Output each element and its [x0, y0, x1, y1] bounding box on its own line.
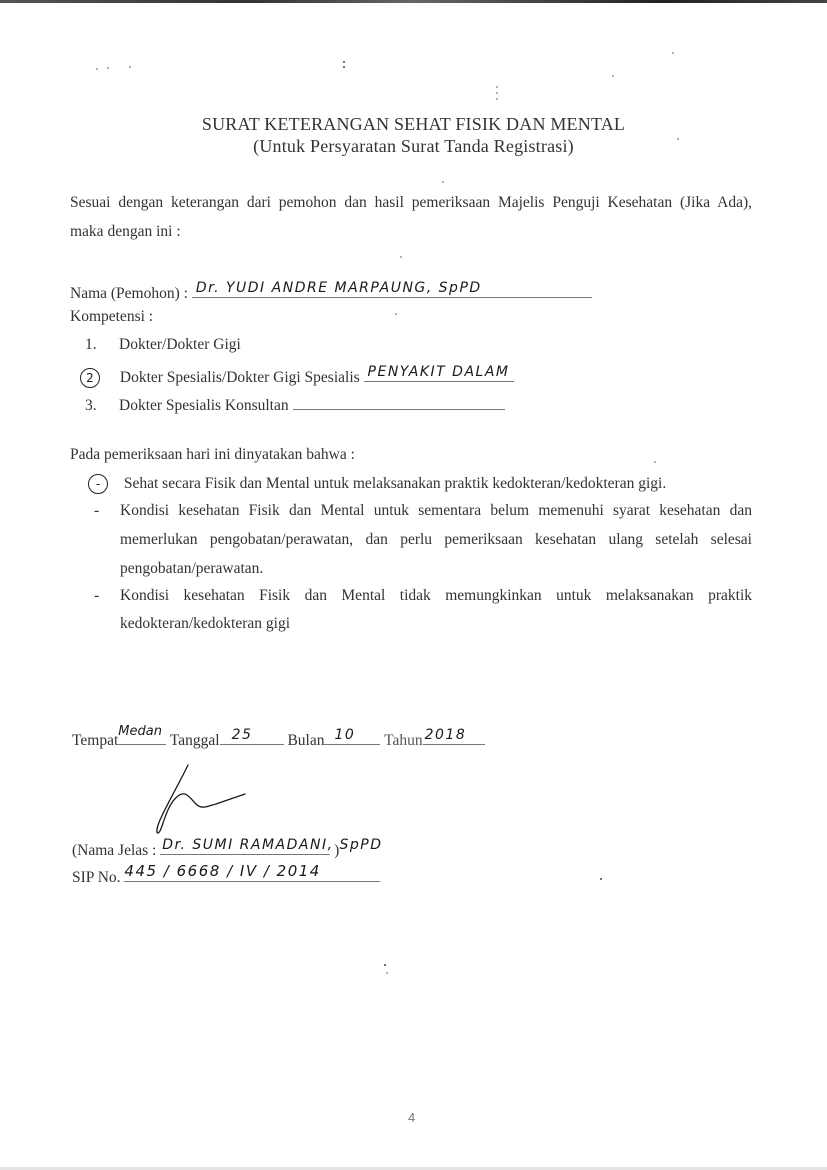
competence-label: Kompetensi :: [70, 308, 153, 326]
name-field[interactable]: Dr. YUDI ANDRE MARPAUNG, SpPD: [192, 279, 592, 298]
scan-speck: [343, 61, 345, 63]
day-field[interactable]: 25: [220, 726, 284, 745]
signer-value: Dr. SUMI RAMADANI, SpPD: [162, 837, 382, 853]
page-number: 4: [408, 1110, 415, 1125]
scan-speck: [343, 66, 345, 68]
day-label: Tanggal: [170, 732, 220, 749]
finding-3-line2: kedokteran/kedokteran gigi: [120, 615, 290, 633]
finding-2-line2: memerlukan pengobatan/perawatan, dan per…: [120, 531, 752, 549]
intro-text-line2: maka dengan ini :: [70, 223, 181, 241]
competence-option-2[interactable]: 2 Dokter Spesialis/Dokter Gigi Spesialis…: [80, 363, 514, 388]
place-value: Medan: [118, 724, 162, 739]
signer-field[interactable]: Dr. SUMI RAMADANI, SpPD: [160, 836, 330, 855]
year-label: Tahun: [384, 732, 423, 749]
signer-row: (Nama Jelas : Dr. SUMI RAMADANI, SpPD ): [72, 836, 339, 860]
scan-speck: [96, 68, 98, 70]
option-label: Dokter/Dokter Gigi: [119, 336, 241, 353]
document-subtitle: (Untuk Persyaratan Surat Tanda Registras…: [0, 136, 827, 157]
name-label: Nama (Pemohon) :: [70, 285, 188, 302]
scan-speck: [400, 256, 402, 258]
name-row: Nama (Pemohon) : Dr. YUDI ANDRE MARPAUNG…: [70, 279, 592, 303]
place-label: Tempat: [72, 732, 118, 749]
scan-speck: [496, 92, 498, 94]
sip-label: SIP No.: [72, 869, 121, 886]
scan-speck: [442, 181, 444, 183]
scan-speck: [600, 878, 602, 880]
finding-1[interactable]: - Sehat secara Fisik dan Mental untuk me…: [88, 474, 666, 494]
scan-speck: [129, 66, 131, 68]
scan-speck: [107, 67, 109, 69]
year-value: 2018: [425, 727, 467, 743]
sip-row: SIP No. 445 / 6668 / IV / 2014: [72, 863, 380, 887]
scan-speck: [395, 313, 397, 315]
month-label: Bulan: [287, 732, 324, 749]
finding-2-marker: -: [94, 502, 99, 520]
year-field[interactable]: 2018: [423, 726, 485, 745]
option-number: 3.: [85, 397, 119, 415]
sip-field[interactable]: 445 / 6668 / IV / 2014: [124, 863, 380, 882]
date-place-row: TempatMedan Tanggal25 Bulan10 Tahun2018: [72, 726, 485, 750]
signer-label: (Nama Jelas :: [72, 842, 156, 859]
signature-icon: [150, 762, 250, 842]
scan-speck: [612, 75, 614, 77]
specialist-field[interactable]: PENYAKIT DALAM: [364, 363, 514, 382]
option-number: 1.: [85, 336, 119, 354]
document-title: SURAT KETERANGAN SEHAT FISIK DAN MENTAL: [0, 114, 827, 135]
scan-speck: [496, 98, 498, 100]
finding-3-marker: -: [94, 587, 99, 605]
scan-speck: [384, 964, 386, 966]
competence-option-1[interactable]: 1.Dokter/Dokter Gigi: [85, 336, 241, 354]
name-value: Dr. YUDI ANDRE MARPAUNG, SpPD: [196, 280, 482, 296]
specialist-value: PENYAKIT DALAM: [368, 364, 510, 380]
intro-text-line1: Sesuai dengan keterangan dari pemohon da…: [70, 194, 752, 212]
scan-speck: [672, 52, 674, 54]
sip-value: 445 / 6668 / IV / 2014: [124, 862, 320, 880]
selected-circle-icon: 2: [80, 368, 100, 388]
consultant-field[interactable]: [293, 391, 505, 410]
month-field[interactable]: 10: [324, 726, 380, 745]
selected-circle-icon: -: [88, 474, 108, 494]
month-value: 10: [334, 727, 355, 743]
scan-speck: [654, 461, 656, 463]
finding-2-line3: pengobatan/perawatan.: [120, 560, 263, 578]
finding-text: Sehat secara Fisik dan Mental untuk mela…: [124, 475, 666, 492]
scan-speck: [496, 86, 498, 88]
exam-label: Pada pemeriksaan hari ini dinyatakan bah…: [70, 446, 355, 464]
option-label: Dokter Spesialis/Dokter Gigi Spesialis: [120, 369, 360, 386]
scan-speck: [386, 972, 388, 974]
finding-3-line1: Kondisi kesehatan Fisik dan Mental tidak…: [120, 587, 752, 605]
option-label: Dokter Spesialis Konsultan: [119, 397, 289, 414]
finding-2-line1: Kondisi kesehatan Fisik dan Mental untuk…: [120, 502, 752, 520]
day-value: 25: [232, 727, 253, 743]
place-field[interactable]: Medan: [118, 726, 166, 745]
scan-edge-top: [0, 0, 827, 3]
competence-option-3[interactable]: 3.Dokter Spesialis Konsultan: [85, 391, 505, 415]
